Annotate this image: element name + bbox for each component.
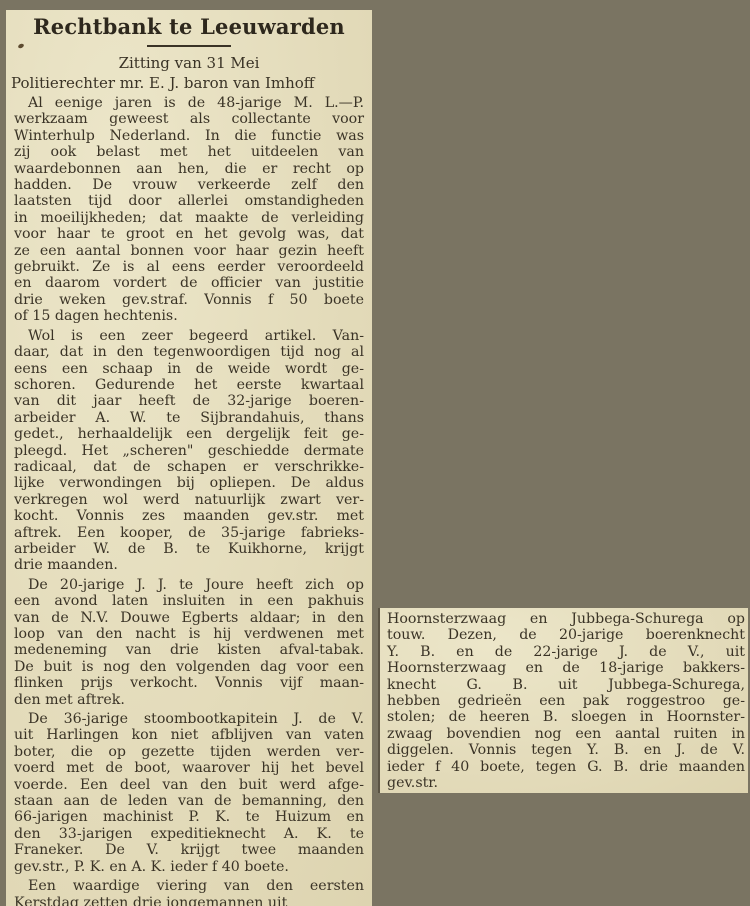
article-paragraph: De 20-jarige J. J. te Joure heeft zich o… (14, 577, 364, 708)
article-body: Al eenige jaren is de 48-jarige M. L.—P.… (14, 95, 364, 906)
text-line: hadden. De vrouw verkeerde zelf den (14, 177, 364, 193)
headline: Rechtbank te Leeuwarden (14, 14, 364, 39)
text-line: schoren. Gedurende het eerste kwartaal (14, 377, 364, 393)
text-line: zij ook belast met het uitdeelen van (14, 144, 364, 160)
text-line: ze een aantal bonnen voor haar gezin hee… (14, 243, 364, 259)
text-line: voerde. Een deel van den buit werd afge- (14, 777, 364, 793)
text-line: boter, die op gezette tijden werden ver- (14, 744, 364, 760)
article-clipping-main: Rechtbank te Leeuwarden Zitting van 31 M… (6, 10, 372, 906)
text-line: gev.str. (387, 775, 745, 791)
text-line: drie weken gev.straf. Vonnis f 50 boete (14, 292, 364, 308)
article-paragraph: De 36-jarige stoombootkapitein J. de V.u… (14, 711, 364, 875)
text-line: loop van den nacht is hij verdwenen met (14, 626, 364, 642)
text-line: gedet., herhaaldelijk een dergelijk feit… (14, 426, 364, 442)
text-line: staan aan de leden van de bemanning, den (14, 793, 364, 809)
text-line: arbeider W. de B. te Kuikhorne, krijgt (14, 541, 364, 557)
text-line: Een waardige viering van den eersten (14, 878, 364, 894)
judge-line: Politierechter mr. E. J. baron van Imhof… (11, 73, 364, 93)
text-line: zwaag bovendien nog een aantal ruiten in (387, 726, 745, 742)
text-line: den met aftrek. (14, 692, 364, 708)
headline-rule (147, 45, 231, 47)
text-line: van de N.V. Douwe Egberts aldaar; in den (14, 610, 364, 626)
text-line: hebben gedrieën een pak roggestroo ge- (387, 693, 745, 709)
text-line: voerd met de boot, waarover hij het beve… (14, 760, 364, 776)
text-line: ieder f 40 boete, tegen G. B. drie maand… (387, 759, 745, 775)
text-line: Kerstdag zetten drie jongemannen uit (14, 895, 364, 906)
text-line: De 20-jarige J. J. te Joure heeft zich o… (14, 577, 364, 593)
text-line: radicaal, dat de schapen er verschrikke- (14, 459, 364, 475)
text-line: verkregen wol werd natuurlijk zwart ver- (14, 492, 364, 508)
text-line: pleegd. Het „scheren" geschiedde dermate (14, 443, 364, 459)
text-line: daar, dat in den tegenwoordigen tijd nog… (14, 344, 364, 360)
text-line: stolen; de heeren B. sloegen in Hoornste… (387, 709, 745, 725)
article-paragraph: Al eenige jaren is de 48-jarige M. L.—P.… (14, 95, 364, 325)
text-line: Al eenige jaren is de 48-jarige M. L.—P. (14, 95, 364, 111)
text-line: gebruikt. Ze is al eens eerder veroordee… (14, 259, 364, 275)
text-line: gev.str., P. K. en A. K. ieder f 40 boet… (14, 859, 364, 875)
article-paragraph: Wol is een zeer begeerd artikel. Van-daa… (14, 328, 364, 574)
text-line: Hoornsterzwaag en de 18-jarige bakkers- (387, 660, 745, 676)
text-line: De 36-jarige stoombootkapitein J. de V. (14, 711, 364, 727)
text-line: Hoornsterzwaag en Jubbega-Schurega op (387, 611, 745, 627)
text-line: uit Harlingen kon niet afblijven van vat… (14, 727, 364, 743)
text-line: arbeider A. W. te Sijbrandahuis, thans (14, 410, 364, 426)
text-line: van dit jaar heeft de 32-jarige boeren- (14, 393, 364, 409)
text-line: Franeker. De V. krijgt twee maanden (14, 842, 364, 858)
text-line: of 15 dagen hechtenis. (14, 308, 364, 324)
text-line: laatsten tijd door allerlei omstandighed… (14, 193, 364, 209)
text-line: Y. B. en de 22-jarige J. de V., uit (387, 644, 745, 660)
text-line: voor haar te groot en het gevolg was, da… (14, 226, 364, 242)
text-line: den 33-jarigen expeditieknecht A. K. te (14, 826, 364, 842)
text-line: lijke verwondingen bij opliepen. De aldu… (14, 475, 364, 491)
text-line: aftrek. Een kooper, de 35-jarige fabriek… (14, 525, 364, 541)
text-line: in moeilijkheden; dat maakte de verleidi… (14, 210, 364, 226)
text-line: Winterhulp Nederland. In die functie was (14, 128, 364, 144)
text-line: werkzaam geweest als collectante voor (14, 111, 364, 127)
text-line: flinken prijs verkocht. Vonnis vijf maan… (14, 675, 364, 691)
article-clipping-continuation: Hoornsterzwaag en Jubbega-Schurega optou… (378, 608, 748, 793)
text-line: touw. Dezen, de 20-jarige boerenknecht (387, 627, 745, 643)
text-line: waardebonnen aan hen, die er recht op (14, 161, 364, 177)
text-line: knecht G. B. uit Jubbega-Schurega, (387, 677, 745, 693)
ink-speck (17, 43, 24, 49)
text-line: kocht. Vonnis zes maanden gev.str. met (14, 508, 364, 524)
text-line: drie maanden. (14, 557, 364, 573)
text-line: 66-jarigen machinist P. K. te Huizum en (14, 809, 364, 825)
text-line: De buit is nog den volgenden dag voor ee… (14, 659, 364, 675)
text-line: Wol is een zeer begeerd artikel. Van- (14, 328, 364, 344)
text-line: een avond laten insluiten in een pakhuis (14, 593, 364, 609)
text-line: medeneming van drie kisten afval-tabak. (14, 642, 364, 658)
text-line: diggelen. Vonnis tegen Y. B. en J. de V. (387, 742, 745, 758)
continuation-paragraph: Hoornsterzwaag en Jubbega-Schurega optou… (387, 611, 745, 791)
text-line: eens een schaap in de weide wordt ge- (14, 361, 364, 377)
article-paragraph: Een waardige viering van den eerstenKers… (14, 878, 364, 906)
text-line: en daarom vordert de officier van justit… (14, 275, 364, 291)
session-date: Zitting van 31 Mei (14, 53, 364, 73)
